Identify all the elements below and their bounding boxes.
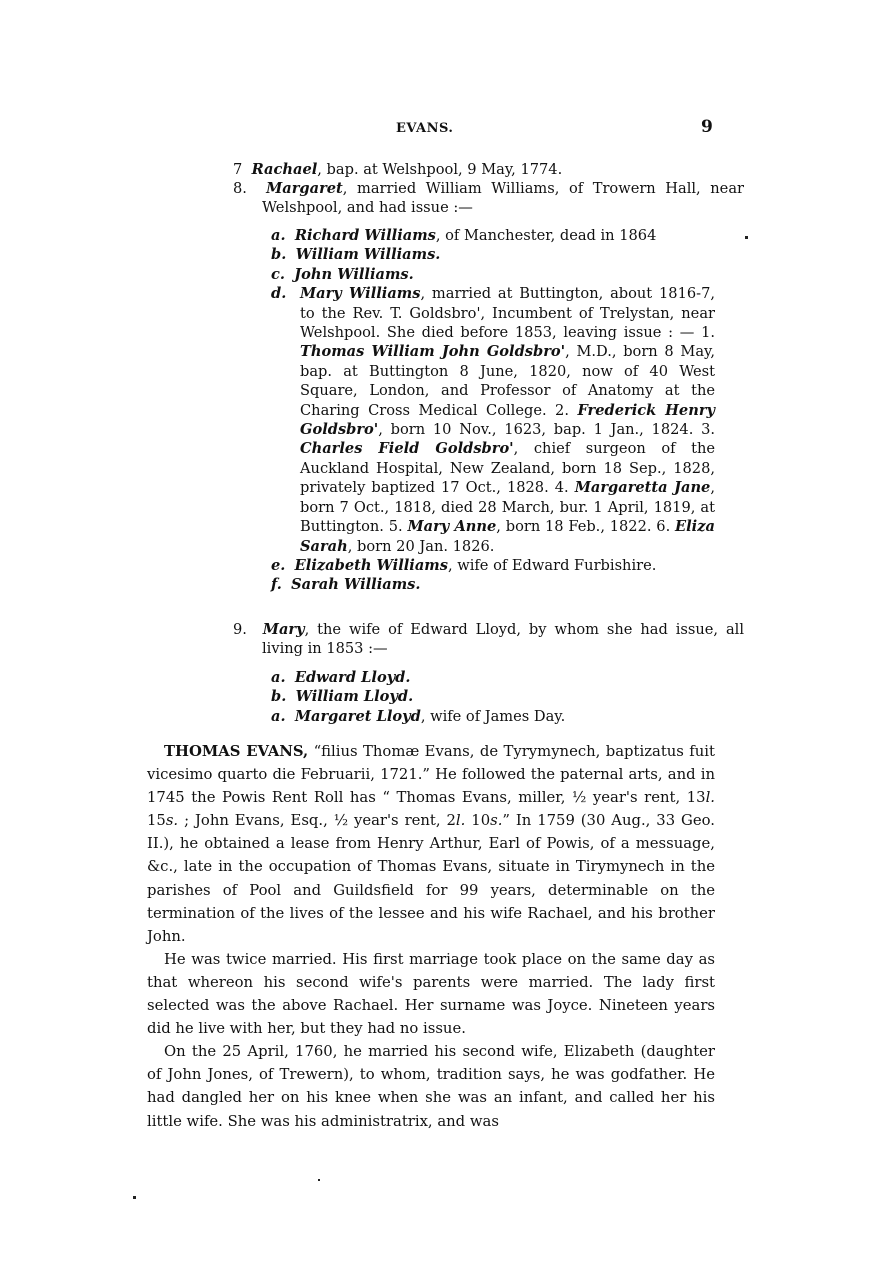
issue-letter: e. bbox=[271, 557, 285, 574]
issue-text: , wife of James Day. bbox=[421, 708, 565, 725]
issue-item: e. Elizabeth Williams, wife of Edward Fu… bbox=[271, 556, 715, 575]
currency-abbr: l. bbox=[456, 812, 465, 829]
entry-number: 9. bbox=[233, 621, 247, 638]
issue-name: Edward Lloyd. bbox=[295, 669, 411, 686]
scan-speck bbox=[745, 236, 748, 239]
child-name: Rachael bbox=[252, 161, 318, 178]
paragraph-text: 15 bbox=[147, 812, 166, 829]
entry-text: , the wife of Edward Lloyd, by whom she … bbox=[262, 621, 744, 657]
entry-number: 7 bbox=[233, 161, 242, 178]
issue-item: a. Richard Williams, of Manchester, dead… bbox=[271, 226, 715, 245]
entry-text: , bap. at Welshpool, 9 May, 1774. bbox=[317, 161, 562, 178]
issue-text: , wife of Edward Furbishire. bbox=[448, 557, 656, 574]
issue-list-mary: a. Edward Lloyd. b. William Lloyd. a. Ma… bbox=[271, 668, 715, 726]
currency-abbr: s. bbox=[490, 812, 502, 829]
child-entry-7: 7 Rachael, bap. at Welshpool, 9 May, 177… bbox=[233, 160, 562, 179]
grandchild-name: Charles Field Goldsbro' bbox=[300, 440, 514, 457]
issue-item-mary-williams: d. Mary Williams, married at Buttington,… bbox=[271, 284, 715, 556]
issue-item: b. William Williams. bbox=[271, 245, 715, 264]
issue-letter: b. bbox=[271, 246, 286, 263]
issue-item: b. William Lloyd. bbox=[271, 687, 715, 706]
paragraph-text: ” In 1759 (30 Aug., 33 Geo. II.), he obt… bbox=[147, 812, 715, 944]
issue-letter: a. bbox=[271, 227, 286, 244]
book-page: EVANS. 9 7 Rachael, bap. at Welshpool, 9… bbox=[0, 0, 893, 1263]
issue-letter: f. bbox=[271, 576, 282, 593]
paragraph-second-wife: On the 25 April, 1760, he married his se… bbox=[147, 1040, 715, 1132]
currency-abbr: l. bbox=[706, 789, 715, 806]
paragraph-marriages: He was twice married. His first marriage… bbox=[147, 948, 715, 1040]
grandchild-name: Mary Anne bbox=[407, 518, 496, 535]
issue-letter: a. bbox=[271, 708, 286, 725]
grandchild-name: Margaretta Jane bbox=[575, 479, 711, 496]
currency-abbr: s. bbox=[166, 812, 178, 829]
child-name: Margaret bbox=[266, 180, 343, 197]
issue-text: , born 20 Jan. 1826. bbox=[348, 538, 495, 555]
issue-name: John Williams. bbox=[294, 266, 413, 283]
paragraph-thomas-evans: THOMAS EVANS, “filius Thomæ Evans, de Ty… bbox=[147, 740, 715, 948]
issue-item: c. John Williams. bbox=[271, 265, 715, 284]
issue-item: f. Sarah Williams. bbox=[271, 575, 715, 594]
scan-speck bbox=[318, 1179, 320, 1181]
body-text: THOMAS EVANS, “filius Thomæ Evans, de Ty… bbox=[147, 740, 715, 1133]
child-name: Mary bbox=[263, 621, 305, 638]
child-entry-8: 8. Margaret, married William Williams, o… bbox=[233, 179, 744, 217]
issue-name: Mary Williams bbox=[300, 285, 420, 302]
entry-number: 8. bbox=[233, 180, 247, 197]
child-entry-9: 9. Mary, the wife of Edward Lloyd, by wh… bbox=[233, 620, 744, 658]
page-number: 9 bbox=[701, 117, 713, 137]
issue-text: , born 10 Nov., 1623, bap. 1 Jan., 1824.… bbox=[378, 421, 715, 438]
paragraph-text: 10 bbox=[465, 812, 490, 829]
running-title: EVANS. bbox=[396, 121, 453, 136]
issue-name: Margaret Lloyd bbox=[295, 708, 421, 725]
grandchild-name: Thomas William John Goldsbro' bbox=[300, 343, 565, 360]
issue-name: Richard Williams bbox=[295, 227, 436, 244]
issue-name: Sarah Williams. bbox=[291, 576, 420, 593]
issue-text: , of Manchester, dead in 1864 bbox=[436, 227, 657, 244]
issue-letter: b. bbox=[271, 688, 286, 705]
scan-speck bbox=[133, 1196, 136, 1199]
issue-letter: a. bbox=[271, 669, 286, 686]
issue-letter: d. bbox=[271, 285, 286, 302]
issue-list-margaret: a. Richard Williams, of Manchester, dead… bbox=[271, 226, 715, 595]
issue-item: a. Margaret Lloyd, wife of James Day. bbox=[271, 707, 715, 726]
issue-text: , born 18 Feb., 1822. 6. bbox=[496, 518, 675, 535]
issue-name: Elizabeth Williams bbox=[295, 557, 448, 574]
issue-letter: c. bbox=[271, 266, 285, 283]
paragraph-text: ; John Evans, Esq., ½ year's rent, 2 bbox=[178, 812, 456, 829]
person-name-heading: THOMAS EVANS, bbox=[164, 743, 308, 760]
issue-name: William Williams. bbox=[296, 246, 441, 263]
issue-item: a. Edward Lloyd. bbox=[271, 668, 715, 687]
issue-name: William Lloyd. bbox=[296, 688, 414, 705]
